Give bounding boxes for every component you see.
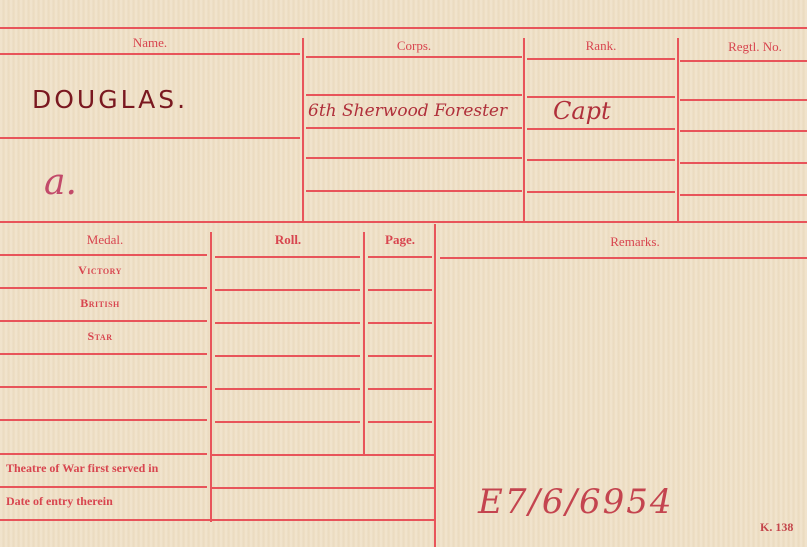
page-row-rule	[368, 289, 432, 291]
regtl-row-rule	[680, 194, 807, 196]
corps-row-rule	[306, 157, 522, 159]
page-row-rule	[368, 421, 432, 423]
rank-header-underline	[527, 58, 675, 60]
name-mid-rule	[0, 137, 300, 139]
roll-row-rule	[215, 388, 360, 390]
rank-row-rule	[527, 191, 675, 193]
roll-row-rule	[215, 355, 360, 357]
medal-star: Star	[50, 329, 150, 344]
medal-row-rule	[0, 287, 207, 289]
medal-row-rule	[0, 353, 207, 355]
rank-regtl-divider	[677, 38, 679, 221]
name-header-underline	[0, 53, 300, 55]
rank-row-rule	[527, 159, 675, 161]
regtl-row-rule	[680, 99, 807, 101]
roll-row-rule	[215, 421, 360, 423]
rank-header: Rank.	[551, 38, 651, 54]
roll-page-divider	[363, 232, 365, 454]
medal-row-rule	[0, 419, 207, 421]
roll-row-rule	[215, 322, 360, 324]
top-rule	[0, 27, 807, 29]
regtl-row-rule	[680, 162, 807, 164]
medal-index-card: Name. Corps. Rank. Regtl. No. DOUGLAS. a…	[0, 0, 807, 547]
remarks-header: Remarks.	[585, 234, 685, 250]
rank-entry: Capt	[553, 97, 611, 125]
roll-row-rule	[212, 487, 434, 489]
page-header: Page.	[350, 232, 450, 248]
medal-header-underline	[0, 254, 207, 256]
corps-entry: 6th Sherwood Forester	[308, 101, 507, 121]
corps-rank-divider	[523, 38, 525, 221]
medal-roll-divider	[210, 232, 212, 522]
section-divider-rule	[0, 221, 807, 223]
page-header-underline	[368, 256, 432, 258]
roll-row-rule	[215, 289, 360, 291]
roll-row-rule	[212, 454, 434, 456]
name-header: Name.	[100, 35, 200, 51]
medal-row-rule	[0, 486, 207, 488]
page-row-rule	[368, 322, 432, 324]
regtl-header-underline	[680, 60, 807, 62]
roll-header-underline	[215, 256, 360, 258]
medal-row-rule	[0, 519, 434, 521]
medal-header: Medal.	[55, 232, 155, 248]
corps-row-rule	[306, 190, 522, 192]
page-row-rule	[368, 355, 432, 357]
date-of-entry-label: Date of entry therein	[6, 494, 206, 509]
corps-header-underline	[306, 56, 522, 58]
corps-row-rule	[306, 127, 522, 129]
name-corps-divider	[302, 38, 304, 221]
medal-row-rule	[0, 386, 207, 388]
corps-row-rule	[306, 94, 522, 96]
theatre-of-war-label: Theatre of War first served in	[6, 461, 206, 476]
medal-victory: Victory	[50, 263, 150, 278]
form-number: K. 138	[760, 520, 793, 535]
rank-row-rule	[527, 128, 675, 130]
regtl-row-rule	[680, 130, 807, 132]
page-remarks-divider	[434, 224, 436, 547]
medal-row-rule	[0, 320, 207, 322]
remarks-reference-entry: E7/6/6954	[478, 482, 674, 522]
page-row-rule	[368, 388, 432, 390]
medal-british: British	[50, 296, 150, 311]
corps-header: Corps.	[364, 38, 464, 54]
regtl-no-header: Regtl. No.	[705, 39, 805, 55]
surname-entry: DOUGLAS.	[32, 85, 188, 114]
medal-row-rule	[0, 453, 207, 455]
remarks-header-underline	[440, 257, 807, 259]
initial-entry: a.	[44, 162, 77, 203]
roll-header: Roll.	[238, 232, 338, 248]
